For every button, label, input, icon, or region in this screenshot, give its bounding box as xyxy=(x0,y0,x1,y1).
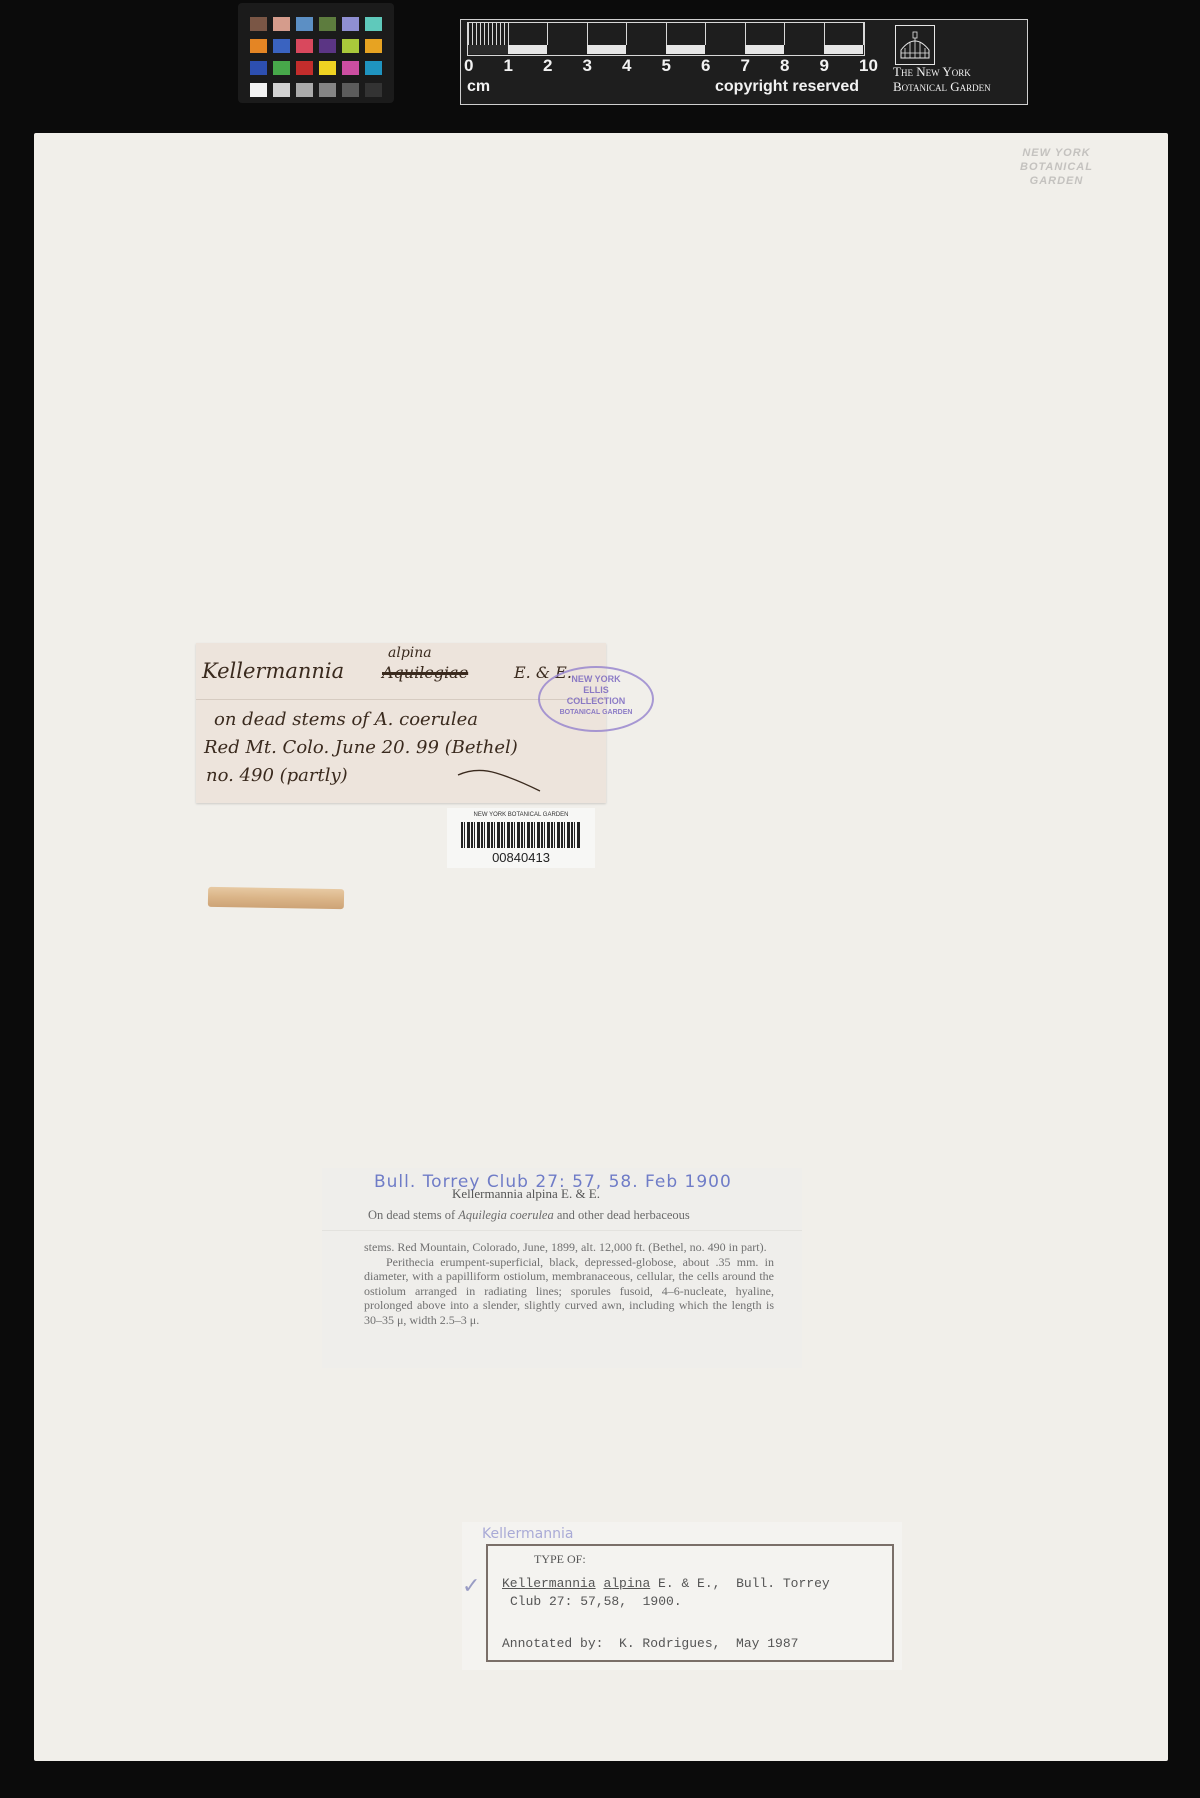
copyright-text: copyright reserved xyxy=(715,78,859,96)
ruler-tick xyxy=(863,23,864,45)
ruler-mm-tick xyxy=(496,23,497,45)
color-swatch xyxy=(250,83,267,97)
color-swatch xyxy=(250,17,267,31)
annotation-box: TYPE OF: Kellermannia alpina E. & E., Bu… xyxy=(486,1544,894,1662)
clipping-title: Kellermannia alpina E. & E. xyxy=(452,1186,600,1202)
host-name: Aquilegia coerulea xyxy=(458,1208,553,1222)
color-swatch xyxy=(342,83,359,97)
clipping-paragraph: Perithecia erumpent-superficial, black, … xyxy=(364,1255,774,1328)
label-species-struck: Aquilegiae xyxy=(382,663,468,682)
barcode-institution: NEW YORK BOTANICAL GARDEN xyxy=(447,812,595,818)
color-swatch xyxy=(365,61,382,75)
ruler-number: 3 xyxy=(583,56,592,76)
conservatory-dome-icon xyxy=(895,25,935,65)
corner-stamp: NEW YORK BOTANICAL GARDEN xyxy=(1020,146,1093,188)
color-swatch xyxy=(296,39,313,53)
ruler-tick xyxy=(666,23,667,45)
stamp-line: NEW YORK xyxy=(540,674,652,685)
ruler-tick xyxy=(784,23,785,45)
ruler-number: 0 xyxy=(464,56,473,76)
label-species-insert: alpina xyxy=(388,645,432,661)
ruler-block xyxy=(508,45,548,54)
corner-stamp-line: NEW YORK xyxy=(1020,146,1093,160)
signature-flourish xyxy=(456,765,546,795)
ruler-mm-tick xyxy=(492,23,493,45)
ruler-block xyxy=(547,45,587,54)
ruler-tick xyxy=(626,23,627,45)
color-swatch xyxy=(273,83,290,97)
pencil-note: Kellermannia xyxy=(482,1526,573,1542)
ruler-mm-tick xyxy=(484,23,485,45)
type-heading: TYPE OF: xyxy=(534,1552,586,1567)
color-swatch xyxy=(319,83,336,97)
ruler-tick xyxy=(547,23,548,45)
color-swatch xyxy=(273,17,290,31)
ruler-mm-tick xyxy=(480,23,481,45)
text: and other dead herbaceous xyxy=(554,1208,690,1222)
printed-description-clipping: Bull. Torrey Club 27: 57, 58. Feb 1900 K… xyxy=(322,1168,802,1368)
ruler-block xyxy=(784,45,824,54)
scale-bar: cm copyright reserved The New York Botan… xyxy=(460,19,1028,105)
ruler-mm-tick xyxy=(504,23,505,45)
check-mark-icon: ✓ xyxy=(462,1574,480,1599)
label-locality: Red Mt. Colo. June 20. 99 (Bethel) xyxy=(204,737,518,758)
color-swatch xyxy=(365,17,382,31)
label-substrate: on dead stems of A. coerulea xyxy=(214,709,478,730)
clipping-line-1: On dead stems of Aquilegia coerulea and … xyxy=(368,1208,690,1223)
barcode-label: NEW YORK BOTANICAL GARDEN 00840413 xyxy=(447,808,595,868)
stamp-line: BOTANICAL GARDEN xyxy=(540,707,652,718)
ruler-block xyxy=(468,45,508,54)
ruler-number: 1 xyxy=(504,56,513,76)
ruler-mm-tick xyxy=(472,23,473,45)
ruler-mm-tick xyxy=(488,23,489,45)
ruler-number: 5 xyxy=(662,56,671,76)
ruler-tick xyxy=(468,23,469,45)
barcode-number: 00840413 xyxy=(447,850,595,865)
ruler-block xyxy=(824,45,864,54)
ruler-number: 9 xyxy=(820,56,829,76)
color-swatch xyxy=(296,61,313,75)
type-genus: Kellermannia xyxy=(502,1576,596,1591)
corner-stamp-line: BOTANICAL xyxy=(1020,160,1093,174)
color-swatch xyxy=(319,17,336,31)
color-checker-card xyxy=(238,3,394,103)
color-swatch xyxy=(342,61,359,75)
ellis-collection-stamp: NEW YORK ELLIS COLLECTION BOTANICAL GARD… xyxy=(538,666,654,732)
color-swatch xyxy=(273,61,290,75)
type-citation: E. & E., Bull. Torrey xyxy=(650,1576,829,1591)
barcode-bars xyxy=(461,822,581,848)
org-name: The New York Botanical Garden xyxy=(893,64,991,94)
org-line-2: Botanical Garden xyxy=(893,79,991,94)
ruler-number: 7 xyxy=(741,56,750,76)
ruler-block xyxy=(705,45,745,54)
label-collection-number: no. 490 (partly) xyxy=(206,765,348,786)
color-swatch xyxy=(342,39,359,53)
clipping-paragraph: stems. Red Mountain, Colorado, June, 189… xyxy=(364,1240,774,1255)
ruler-block xyxy=(666,45,706,54)
color-swatch xyxy=(296,17,313,31)
specimen-stem-fragment xyxy=(208,887,344,909)
stamp-line: ELLIS xyxy=(540,685,652,696)
annotated-by: Annotated by: K. Rodrigues, May 1987 xyxy=(502,1636,798,1651)
text: On dead stems of xyxy=(368,1208,458,1222)
ruler-number: 8 xyxy=(780,56,789,76)
corner-stamp-line: GARDEN xyxy=(1020,174,1093,188)
color-swatch xyxy=(319,39,336,53)
scale-unit: cm xyxy=(467,78,490,96)
ruler-block xyxy=(626,45,666,54)
ruler-number: 10 xyxy=(859,56,878,76)
type-name-line: Kellermannia alpina E. & E., Bull. Torre… xyxy=(502,1576,830,1591)
ruler-tick xyxy=(508,23,509,45)
type-annotation-slip: Kellermannia ✓ TYPE OF: Kellermannia alp… xyxy=(462,1522,902,1670)
color-swatch xyxy=(250,61,267,75)
ruler-tick xyxy=(745,23,746,45)
clipping-body: stems. Red Mountain, Colorado, June, 189… xyxy=(364,1240,774,1327)
label-genus: Kellermannia xyxy=(202,659,344,683)
clipping-divider xyxy=(322,1230,802,1231)
ruler-mm-tick xyxy=(500,23,501,45)
ruler-number: 6 xyxy=(701,56,710,76)
ruler-tick xyxy=(705,23,706,45)
ruler-number: 2 xyxy=(543,56,552,76)
handwritten-label: Kellermannia alpina Aquilegiae E. & E. o… xyxy=(196,643,606,803)
herbarium-sheet xyxy=(34,133,1168,1761)
type-citation-line-2: Club 27: 57,58, 1900. xyxy=(510,1594,682,1609)
ruler-bars xyxy=(467,22,865,56)
color-swatch xyxy=(365,83,382,97)
org-line-1: The New York xyxy=(893,64,991,79)
ruler-tick xyxy=(824,23,825,45)
ruler-block xyxy=(745,45,785,54)
ruler-number: 4 xyxy=(622,56,631,76)
type-species: alpina xyxy=(603,1576,650,1591)
color-swatch xyxy=(296,83,313,97)
color-swatch xyxy=(365,39,382,53)
ruler-tick xyxy=(587,23,588,45)
color-swatch xyxy=(273,39,290,53)
ruler-mm-tick xyxy=(476,23,477,45)
color-swatch xyxy=(319,61,336,75)
color-swatch xyxy=(342,17,359,31)
stamp-line: COLLECTION xyxy=(540,696,652,707)
color-swatch xyxy=(250,39,267,53)
ruler-block xyxy=(587,45,627,54)
